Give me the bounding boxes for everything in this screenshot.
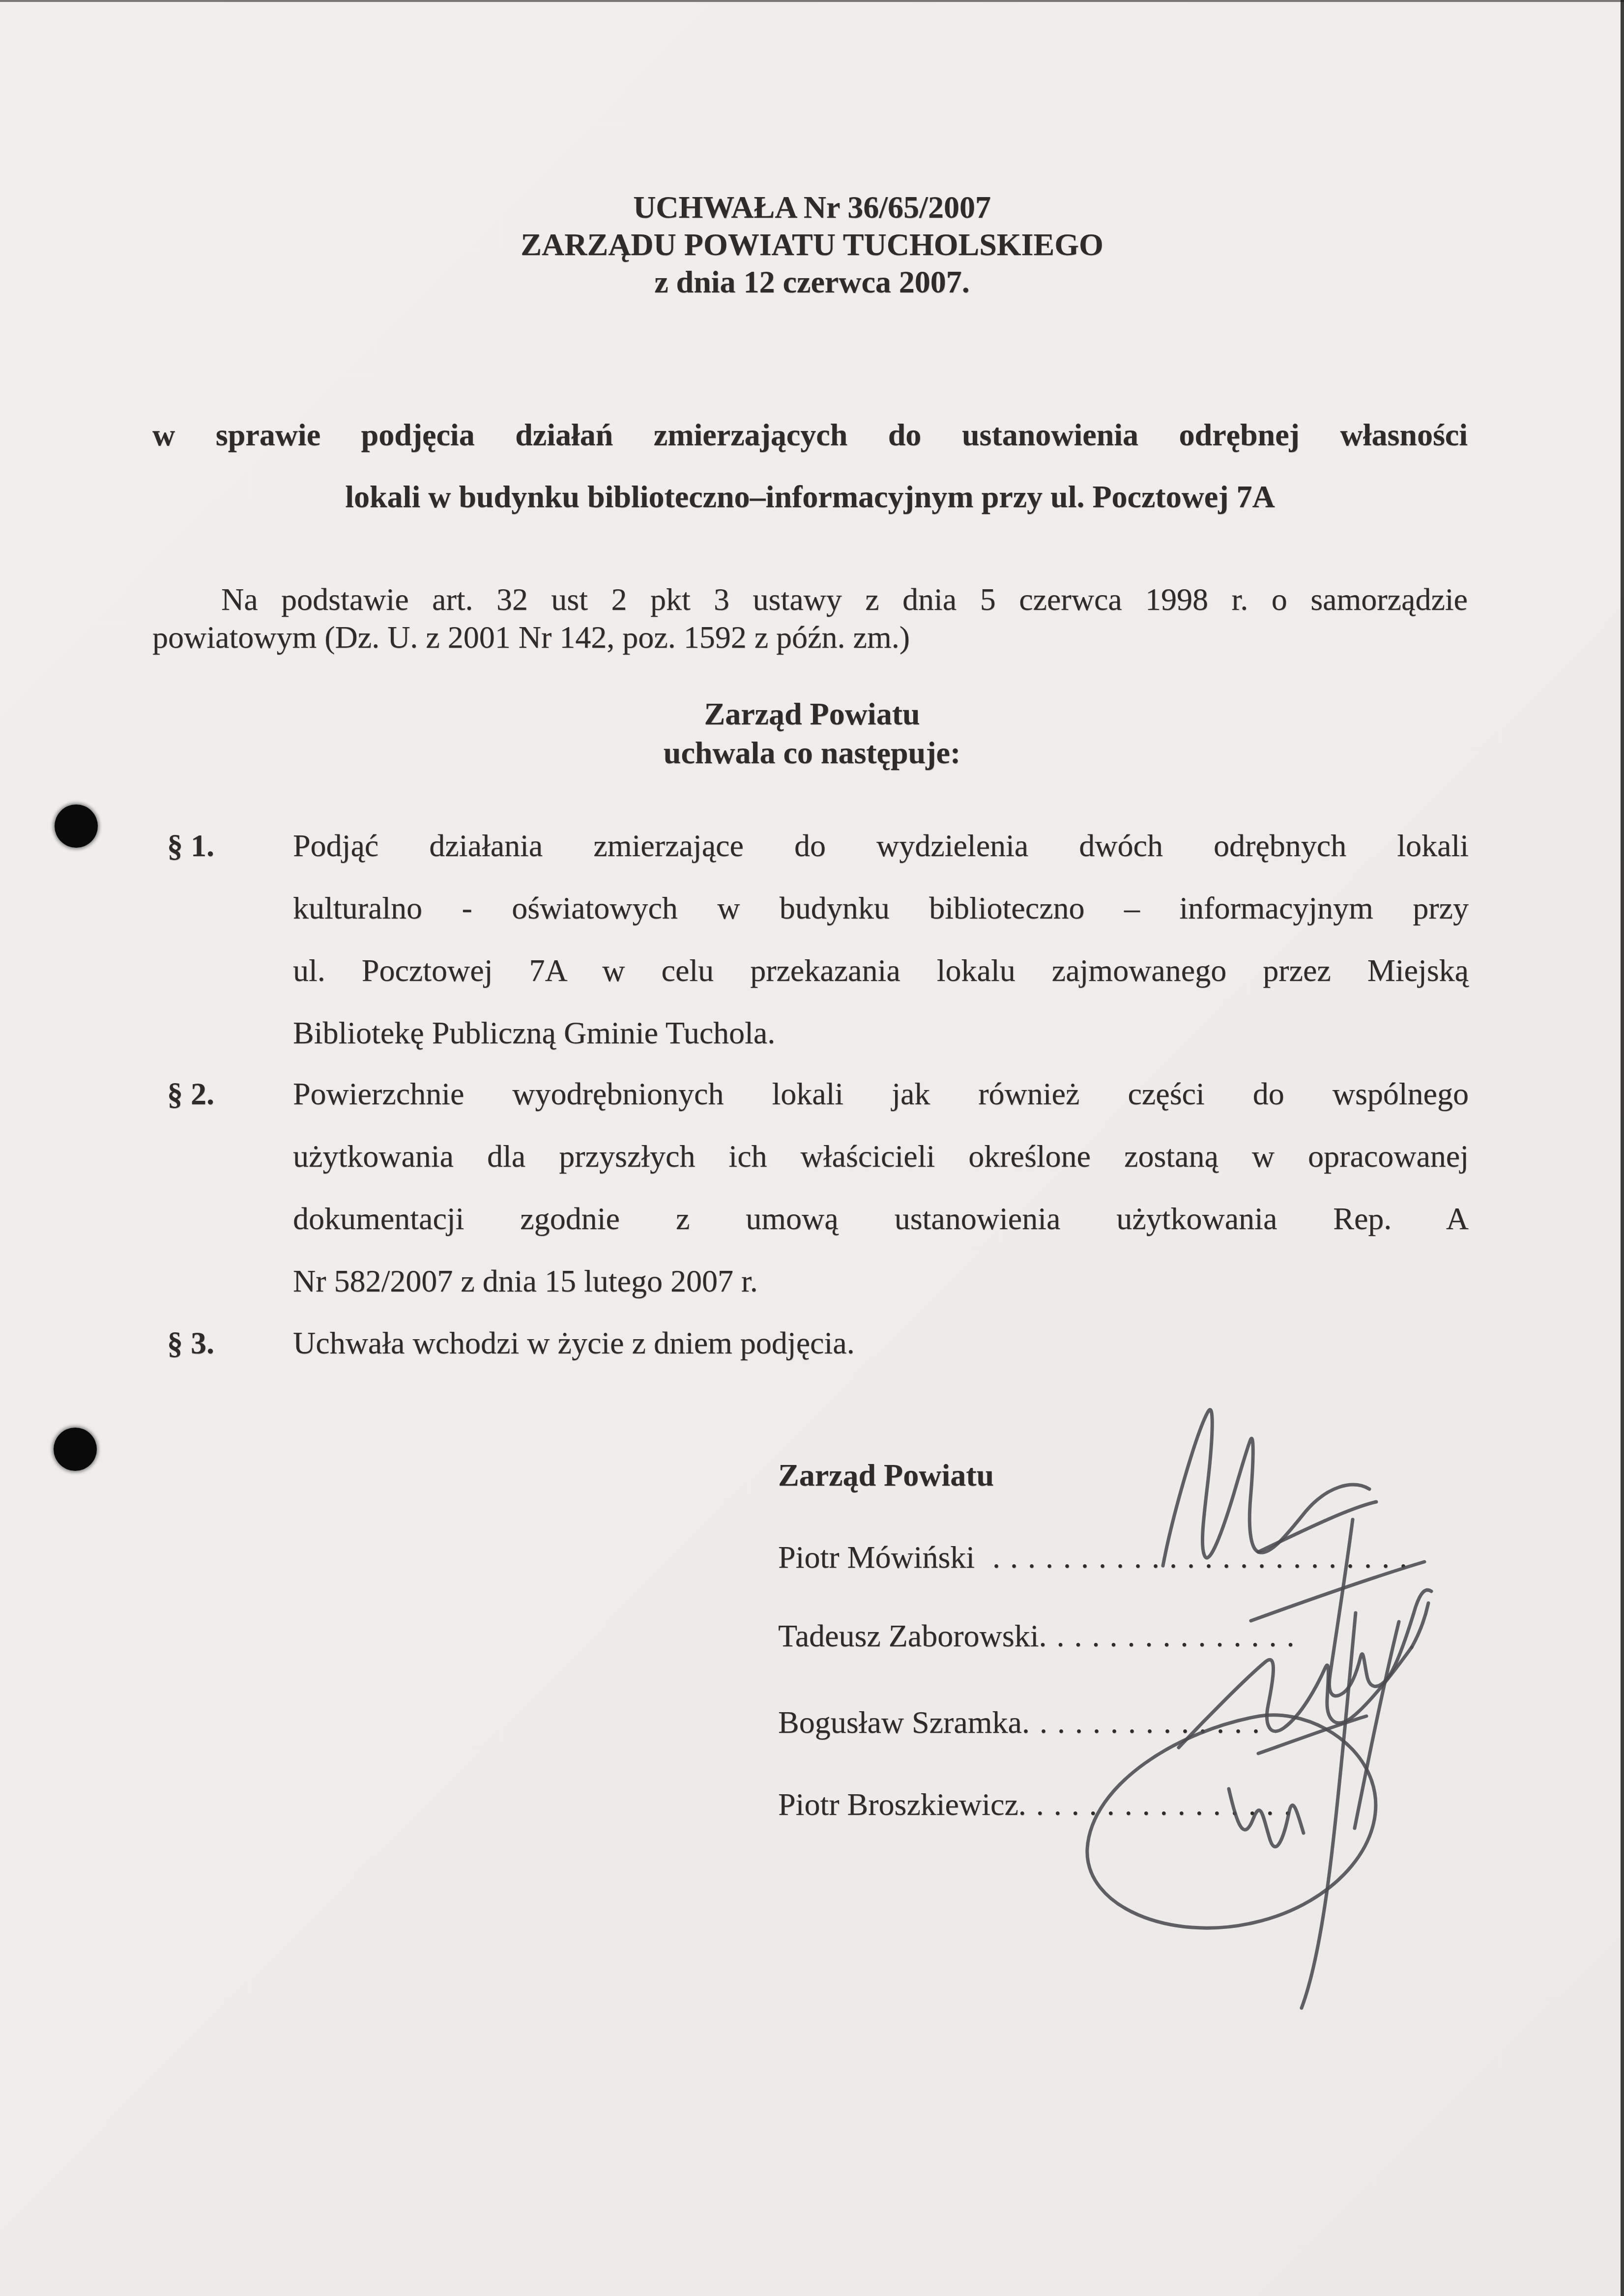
document-title: UCHWAŁA Nr 36/65/2007 ZARZĄDU POWIATU TU… (0, 189, 1624, 301)
section-2-number: § 2. (167, 1062, 293, 1125)
section-1: § 1. Podjąć działania zmierzające do wyd… (167, 814, 1469, 1064)
signatory-line-3: Bogusław Szramka.............. (778, 1703, 1270, 1742)
scan-edge-top (0, 0, 1624, 2)
punch-hole-bottom (54, 1428, 97, 1471)
punch-hole-top (55, 804, 98, 848)
signatory-dots-1: ........................ (975, 1540, 1417, 1575)
subject-block: w sprawie podjęcia działań zmierzających… (152, 404, 1468, 528)
signatory-name-4: Piotr Broszkiewicz (778, 1787, 1018, 1822)
signatory-dots-2: ............... (1039, 1618, 1304, 1653)
signatory-dots-3: .............. (1022, 1705, 1270, 1740)
signatory-line-2: Tadeusz Zaborowski............... (778, 1616, 1304, 1656)
section-2-line-3: dokumentacji zgodnie z umową ustanowieni… (293, 1187, 1469, 1250)
section-3-text: Uchwała wchodzi w życie z dniem podjęcia… (293, 1312, 1469, 1374)
title-line-authority: ZARZĄDU POWIATU TUCHOLSKIEGO (0, 226, 1624, 263)
section-1-line-4: Bibliotekę Publiczną Gminie Tuchola. (293, 1002, 1469, 1064)
signatory-name-3: Bogusław Szramka (778, 1705, 1022, 1740)
signatory-name-2: Tadeusz Zaborowski (778, 1618, 1039, 1653)
signatory-name-1: Piotr Mówiński (778, 1540, 975, 1575)
title-line-date: z dnia 12 czerwca 2007. (0, 263, 1624, 301)
subject-line-1: w sprawie podjęcia działań zmierzających… (152, 404, 1468, 466)
signatory-dots-4: ................ (1018, 1787, 1302, 1822)
resolution-intro: Zarząd Powiatu uchwala co następuje: (0, 694, 1624, 772)
intro-line-1: Zarząd Powiatu (0, 694, 1624, 733)
section-2-line-2: użytkowania dla przyszłych ich właścicie… (293, 1125, 1469, 1187)
legal-basis: Na podstawie art. 32 ust 2 pkt 3 ustawy … (152, 580, 1468, 656)
signatory-line-1: Piotr Mówiński ........................ (778, 1538, 1417, 1577)
section-3-number: § 3. (167, 1312, 293, 1374)
section-1-text: Podjąć działania zmierzające do wydziele… (293, 814, 1469, 1064)
legal-basis-line-2: powiatowym (Dz. U. z 2001 Nr 142, poz. 1… (152, 618, 1468, 656)
scan-edge-right (1621, 0, 1624, 2296)
legal-basis-line-1: Na podstawie art. 32 ust 2 pkt 3 ustawy … (152, 580, 1468, 618)
section-2-text: Powierzchnie wyodrębnionych lokali jak r… (293, 1062, 1469, 1312)
intro-line-2: uchwala co następuje: (0, 733, 1624, 772)
section-1-line-1: Podjąć działania zmierzające do wydziele… (293, 814, 1469, 877)
section-3: § 3. Uchwała wchodzi w życie z dniem pod… (167, 1312, 1469, 1374)
section-2: § 2. Powierzchnie wyodrębnionych lokali … (167, 1062, 1469, 1312)
subject-line-2: lokali w budynku biblioteczno–informacyj… (152, 466, 1468, 528)
section-1-line-3: ul. Pocztowej 7A w celu przekazania loka… (293, 939, 1469, 1002)
signatory-line-4: Piotr Broszkiewicz................ (778, 1785, 1302, 1824)
scanned-document-page: UCHWAŁA Nr 36/65/2007 ZARZĄDU POWIATU TU… (0, 0, 1624, 2296)
title-line-number: UCHWAŁA Nr 36/65/2007 (0, 189, 1624, 226)
signature-block-title: Zarząd Powiatu (778, 1456, 994, 1495)
section-3-line-1: Uchwała wchodzi w życie z dniem podjęcia… (293, 1312, 1469, 1374)
section-2-line-1: Powierzchnie wyodrębnionych lokali jak r… (293, 1062, 1469, 1125)
section-1-number: § 1. (167, 814, 293, 877)
section-1-line-2: kulturalno - oświatowych w budynku bibli… (293, 877, 1469, 939)
section-2-line-4: Nr 582/2007 z dnia 15 lutego 2007 r. (293, 1250, 1469, 1312)
